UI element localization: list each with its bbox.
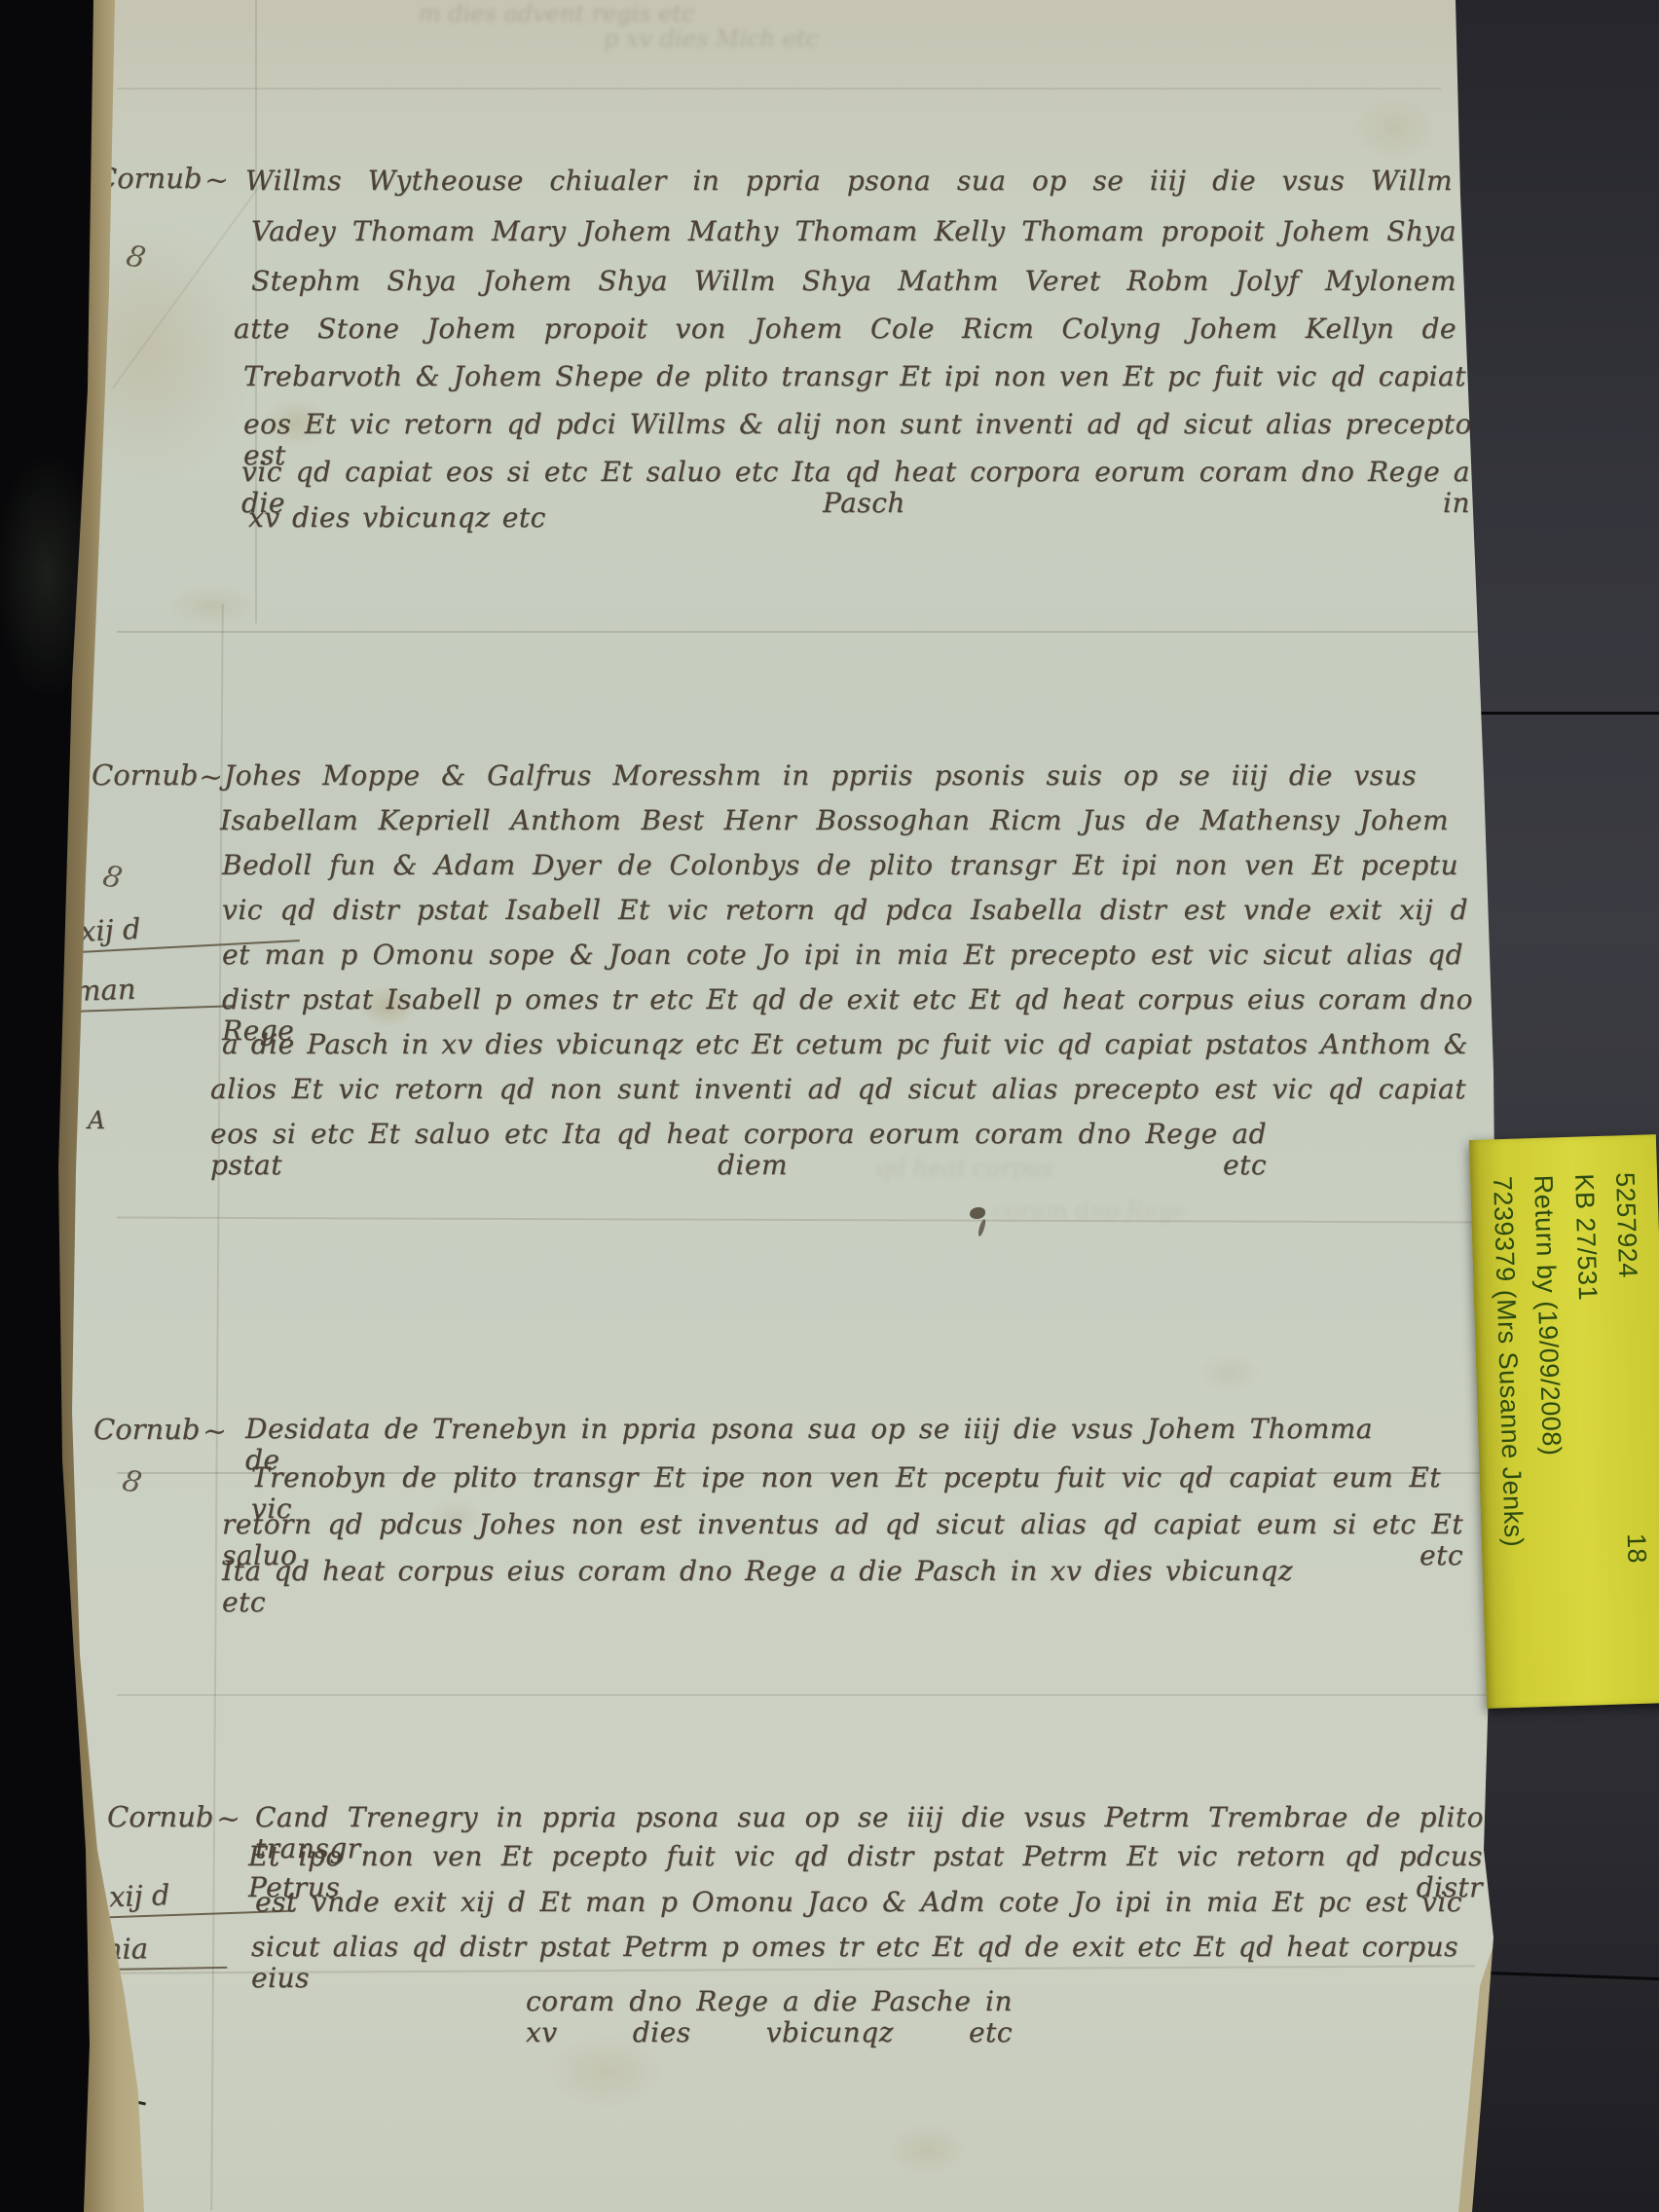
stain [886,2122,969,2176]
entry-line: et man p Omonu sope & Joan cote Jo ipi i… [222,940,1463,971]
entry-line: Ita qd heat corpus eius coram dno Rege a… [222,1556,1293,1618]
fold-crease [117,88,1441,90]
stain [166,584,258,628]
photograph-of-plea-roll: { "colors": { "backdrop": "#101013", "pa… [0,0,1659,2212]
parchment-sheet: m dies advent regis etc p xv dies Mich e… [0,0,1659,2212]
margin-connector: ~ [203,1415,227,1449]
ghost-text: coram dno Rege [993,1198,1187,1225]
entry-line: Willms Wytheouse chiualer in ppria psona… [245,166,1453,197]
entry-line: atte Stone Johem propoit von Johem Cole … [234,313,1456,345]
fold-crease [117,1217,1490,1224]
attachment-mark: 8 [124,239,149,276]
sticky-note-text: 5257924 18 KB 27/531 Return by (19/09/20… [1479,1145,1657,1568]
entry-line: Trebarvoth & Johem Shepe de plito transg… [243,361,1466,392]
attachment-mark: 8 [100,859,126,896]
entry-line: est vnde exit xij d Et man p Omonu Jaco … [255,1887,1462,1918]
corner-crease [112,183,262,388]
margin-connector: ~ [199,760,223,794]
margin-connector: ~ [204,164,229,198]
ink-blot-tail [977,1219,986,1237]
ghost-text: p xv dies Mich etc [604,25,819,53]
fold-crease [117,1694,1490,1696]
entry-line: Johes Moppe & Galfrus Moresshm in ppriis… [224,760,1417,792]
attachment-mark: 8 [120,1463,145,1500]
margin-county: Cornub [93,1413,200,1446]
ink-blot [970,1207,985,1219]
margin-connector: ~ [216,1802,240,1836]
note-document-id: 5257924 [1604,1171,1648,1278]
ghost-text: m dies advent regis etc [419,0,695,27]
sticky-note: 5257924 18 KB 27/531 Return by (19/09/20… [1469,1134,1659,1709]
margin-county: Cornub [92,758,198,792]
note-page-number: 18 [1616,1532,1658,1564]
entry-line: alios Et vic retorn qd non sunt inventi … [210,1074,1466,1105]
stain [1353,97,1436,161]
margin-letter: A [88,1106,105,1134]
entry-line: eos si etc Et saluo etc Ita qd heat corp… [210,1119,1267,1181]
entry-line: Bedoll fun & Adam Dyer de Colonbys de pl… [222,850,1458,881]
fold-crease [117,631,1480,633]
entry-line: a die Pasch in xv dies vbicunqz etc Et c… [222,1029,1468,1060]
entry-line: Stephm Shya Johem Shya Willm Shya Mathm … [251,266,1456,297]
margin-county: Cornub [107,1800,213,1833]
entry-line: vic qd distr pstat Isabell Et vic retorn… [222,895,1468,926]
entry-line: Isabellam Kepriell Anthom Best Henr Boss… [220,805,1449,836]
stain [1198,1353,1261,1394]
backdrop-seam-lower [1475,1972,1659,1981]
entry-line: xv dies vbicunqz etc [248,502,546,534]
margin-pledge: man [73,969,235,1013]
entry-line: Vadey Thomam Mary Johem Mathy Thomam Kel… [251,216,1456,247]
entry-line: coram dno Rege a die Pasche in xv dies v… [526,1986,1013,2048]
margin-rule [210,604,224,2210]
